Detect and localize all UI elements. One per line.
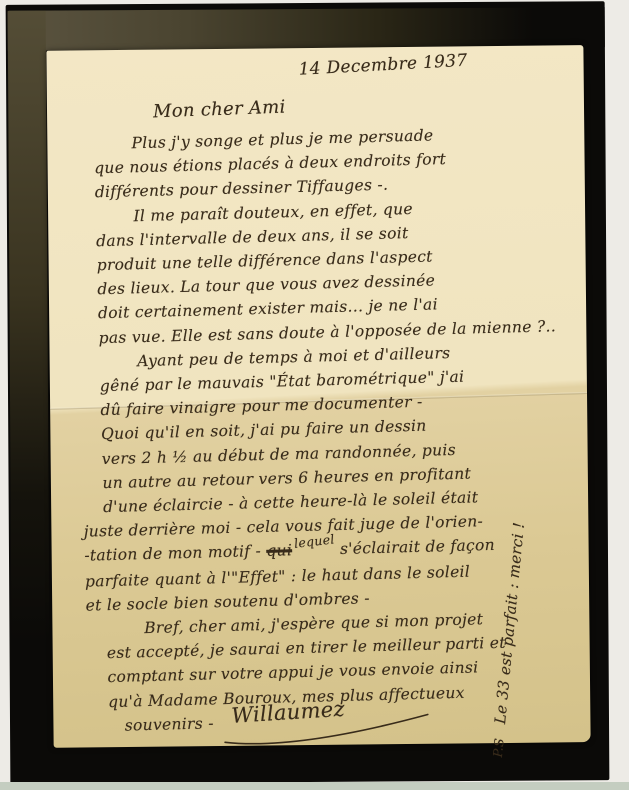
- struck-word: qui: [266, 542, 292, 561]
- frame-left-edge: [8, 11, 51, 754]
- frame-top-edge: [8, 7, 605, 51]
- photo-mount: 14 Decembre 1937 Mon cher Ami Plus j'y s…: [6, 1, 610, 784]
- scan-bottom-edge: [0, 782, 629, 790]
- letter-paper: 14 Decembre 1937 Mon cher Ami Plus j'y s…: [46, 45, 590, 748]
- inserted-word: lequel: [293, 528, 336, 557]
- correction-after: s'éclairait de façon: [334, 536, 495, 558]
- scan-background: 14 Decembre 1937 Mon cher Ami Plus j'y s…: [0, 0, 629, 790]
- letter-salutation: Mon cher Ami: [153, 97, 286, 123]
- correction-before: -tation de mon motif -: [84, 542, 266, 565]
- letter-date: 14 Decembre 1937: [298, 51, 468, 80]
- postscript-label: P.S: [490, 737, 507, 758]
